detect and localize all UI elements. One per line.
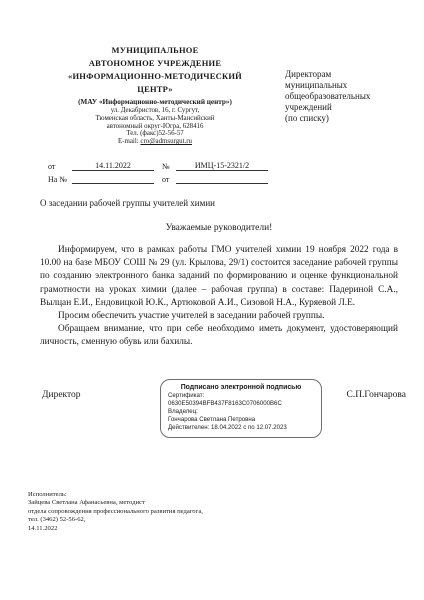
executor-block: Исполнитель: Зайцева Светлана Афанасьевн… xyxy=(28,491,268,533)
document-page: МУНИЦИПАЛЬНОЕ АВТОНОМНОЕ УЧРЕЖДЕНИЕ «ИНФ… xyxy=(0,0,424,600)
email-link[interactable]: cro@admsurgut.ru xyxy=(140,138,192,145)
email-label: E-mail: xyxy=(118,138,140,145)
org-name-line: «ИНФОРМАЦИОННО-МЕТОДИЧЕСКИЙ xyxy=(30,70,280,83)
reply-label: На № xyxy=(48,175,72,184)
stamp-cert-label: Сертификат: xyxy=(168,392,314,400)
org-name-line: МУНИЦИПАЛЬНОЕ xyxy=(30,44,280,57)
org-short-name: (МАУ «Информационно-методический центр») xyxy=(30,98,280,107)
executor-line: тел. (3462) 52-56-62, xyxy=(28,516,268,524)
executor-line: Зайцева Светлана Афанасьевна, методист xyxy=(28,499,268,507)
addressee-line: (по списку) xyxy=(285,113,410,124)
stamp-title: Подписано электронной подписью xyxy=(168,383,314,392)
executor-line: 14.11.2022 xyxy=(28,525,268,533)
letterhead: МУНИЦИПАЛЬНОЕ АВТОНОМНОЕ УЧРЕЖДЕНИЕ «ИНФ… xyxy=(30,44,280,146)
reference-block: от 14.11.2022 № ИМЦ-15-2321/2 На № от xyxy=(48,158,278,184)
body-paragraph: Обращаем внимание, что при себе необходи… xyxy=(40,323,398,349)
stamp-owner-value: Гончарова Светлана Петровна xyxy=(168,416,314,424)
reply-from-label: от xyxy=(162,175,176,184)
incoming-date-blank xyxy=(176,183,268,184)
incoming-number-blank xyxy=(72,183,154,184)
body-paragraphs: Информируем, что в рамках работы ГМО учи… xyxy=(40,244,398,350)
signer-name: С.П.Гончарова xyxy=(346,390,406,400)
electronic-signature-stamp: Подписано электронной подписью Сертифика… xyxy=(160,379,322,438)
addressee-block: Директорам муниципальных общеобразовател… xyxy=(285,69,410,124)
letter-content: О заседании рабочей группы учителей хими… xyxy=(40,197,398,350)
reference-row-incoming: На № от xyxy=(48,171,278,184)
salutation: Уважаемые руководители! xyxy=(40,223,398,233)
executor-line: Исполнитель: xyxy=(28,491,268,499)
number-label: № xyxy=(162,162,176,171)
body-paragraph: Информируем, что в рамках работы ГМО учи… xyxy=(40,244,398,310)
stamp-validity: Действителен: 18.04.2022 с по 12.07.2023 xyxy=(168,424,314,432)
executor-line: отдела сопровождения профессионального р… xyxy=(28,508,268,516)
org-address-line: автономный округ-Югра, 628416 xyxy=(30,123,280,131)
subject-line: О заседании рабочей группы учителей хими… xyxy=(40,197,398,209)
org-phone-line: Тел. (факс)52-56-57 xyxy=(30,130,280,138)
addressee-line: учреждений xyxy=(285,102,410,113)
org-address-line: Тюменская область, Ханты-Мансийский xyxy=(30,115,280,123)
stamp-cert-value: 0630E50394BFB437F8163C0706000B6C xyxy=(168,400,314,408)
org-name-line: АВТОНОМНОЕ УЧРЕЖДЕНИЕ xyxy=(30,57,280,70)
addressee-line: общеобразовательных xyxy=(285,91,410,102)
signer-position: Директор xyxy=(42,390,81,400)
org-email-line: E-mail: cro@admsurgut.ru xyxy=(30,138,280,146)
addressee-line: муниципальных xyxy=(285,80,410,91)
outgoing-number: ИМЦ-15-2321/2 xyxy=(176,161,268,171)
stamp-owner-label: Владелец: xyxy=(168,408,314,416)
outgoing-date: 14.11.2022 xyxy=(72,161,154,171)
addressee-line: Директорам xyxy=(285,69,410,80)
org-address-line: ул. Декабристов, 16, г. Сургут, xyxy=(30,107,280,115)
reference-row-outgoing: от 14.11.2022 № ИМЦ-15-2321/2 xyxy=(48,158,278,171)
from-label: от xyxy=(48,162,72,171)
org-name-line: ЦЕНТР» xyxy=(30,83,280,96)
body-paragraph: Просим обеспечить участие учителей в зас… xyxy=(40,310,398,323)
